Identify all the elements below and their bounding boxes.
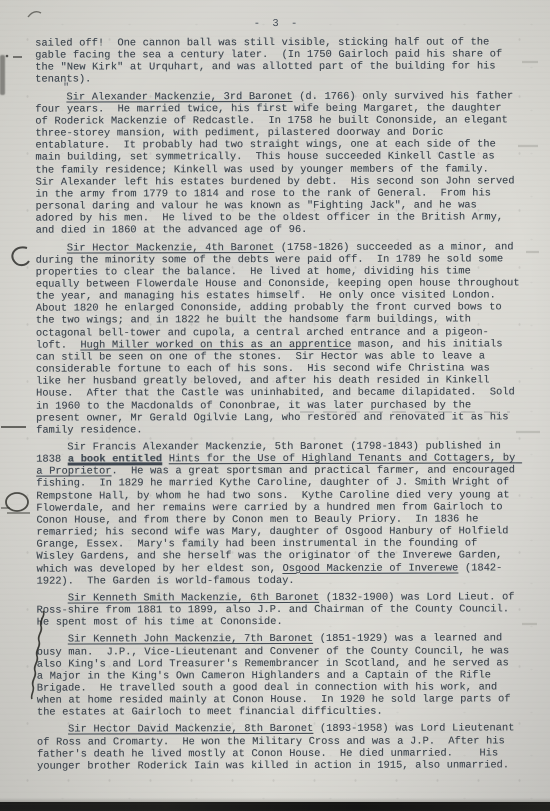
text-run: . He was a great sportsman and practical… (36, 465, 521, 576)
pencil-scribble (28, 12, 41, 17)
paragraph: Sir Alexander Mackenzie, 3rd Baronet (d.… (35, 90, 519, 237)
text-run: (1758-1826) succeeded as a minor, and du… (36, 241, 526, 352)
underlined-text: Osgood Mackenzie of Inverewe (282, 562, 458, 574)
underlined-text: Hugh Miller worked on this as an apprent… (80, 339, 351, 352)
paragraph: Sir Kenneth Smith Mackenzie, 6th Baronet… (37, 591, 521, 629)
document-body: sailed off! One cannon ball was still vi… (35, 36, 521, 772)
text-run: (1851-1929) was a learned and busy man. … (37, 633, 517, 719)
underlined-text: Sir Hector Mackenzie, 4th Baronet (67, 242, 274, 255)
overstruck-text: a book entitled (68, 453, 162, 465)
page-number: - 3 - (35, 17, 519, 30)
pencil-loop-mark (12, 247, 29, 265)
document-content: - 3 - sailed off! One cannon ball was st… (35, 17, 521, 777)
paragraph: Sir Francis Alexander Mackenzie, 5th Bar… (36, 440, 520, 587)
underlined-text: Sir Hector David Mackenzie, 8th Baronet (68, 723, 313, 736)
text-run: mason, and his initials can still be see… (36, 338, 521, 436)
underlined-text: Sir Kenneth John Mackenzie, 7th Baronet (68, 633, 313, 646)
paragraph: sailed off! One cannon ball was still vi… (35, 36, 519, 86)
pencil-dot (6, 55, 9, 58)
underlined-text: Sir Alexander Mackenzie, 3rd Baronet (66, 91, 292, 104)
scan-edge-smudge (0, 55, 5, 95)
pencil-circle-tail (1, 508, 30, 513)
scanned-document-page: - 3 - sailed off! One cannon ball was st… (0, 0, 550, 811)
text-run: sailed off! One cannon ball was still vi… (35, 36, 509, 86)
paragraph: Sir Hector David Mackenzie, 8th Baronet … (37, 723, 521, 773)
text-run: (d. 1766) only survived his father four … (35, 90, 521, 237)
scan-edge-strip (0, 802, 550, 811)
underlined-text: Sir Kenneth Smith Mackenzie, 6th Baronet (68, 592, 319, 605)
paragraph: Sir Kenneth John Mackenzie, 7th Baronet … (37, 633, 521, 719)
ditto-mark: " (63, 82, 69, 94)
pencil-circle-mark (6, 493, 28, 511)
paragraph: Sir Hector Mackenzie, 4th Baronet (1758-… (36, 241, 521, 437)
